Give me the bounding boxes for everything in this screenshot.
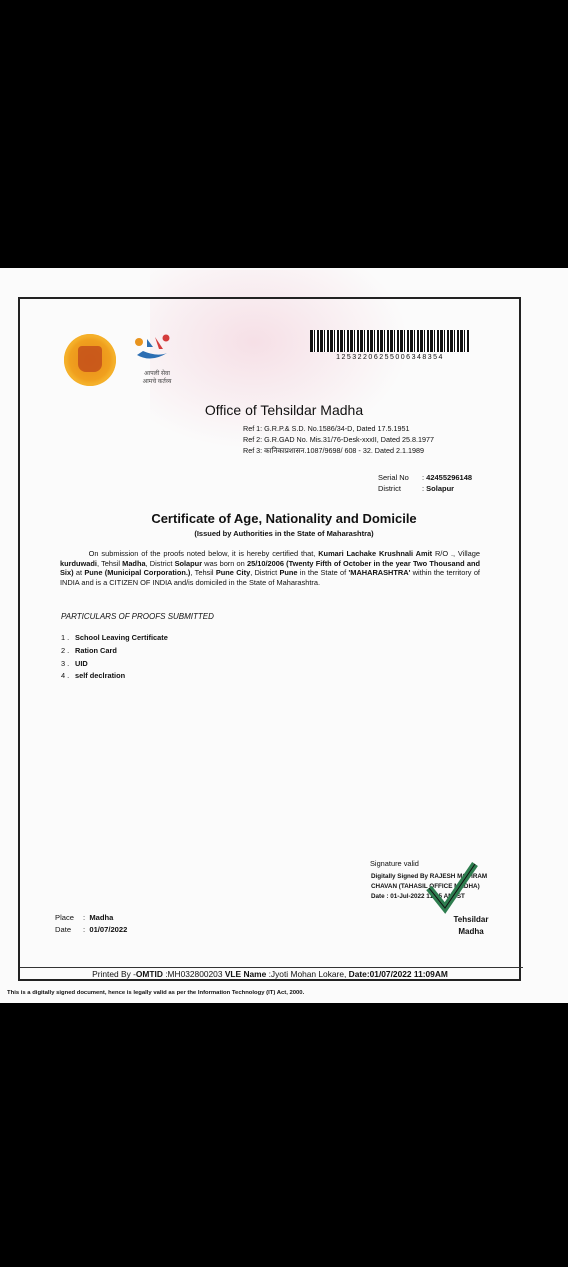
- reference-1: Ref 1: G.R.P.& S.D. No.1586/34-D, Dated …: [243, 423, 434, 434]
- proof-item: 1 .School Leaving Certificate: [61, 632, 168, 645]
- signatory-title: Tehsildar Madha: [446, 914, 496, 938]
- birthplace: Pune (Municipal Corporation.): [84, 568, 190, 577]
- printed-prefix: Printed By -: [92, 969, 136, 979]
- statement-text: , Tehsil: [190, 568, 215, 577]
- district-label: District: [378, 483, 422, 494]
- date-label: Date: [55, 924, 83, 936]
- statement-text: R/O ., Village: [432, 549, 480, 558]
- holder-name: Kumari Lachake Krushnali Amit: [318, 549, 432, 558]
- print-date-value: 01/07/2022 11:09AM: [370, 969, 448, 979]
- particulars-heading: PARTICULARS OF PROOFS SUBMITTED: [61, 612, 214, 621]
- proof-number: 1 .: [61, 632, 75, 645]
- certificate-subtitle: (Issued by Authorities in the State of M…: [0, 529, 568, 538]
- reference-2: Ref 2: G.R.GAD No. Mis.31/76-Desk-xxxII,…: [243, 434, 434, 445]
- statement-text: at: [74, 568, 85, 577]
- footer-divider: [20, 967, 523, 968]
- proof-label: Ration Card: [75, 646, 117, 655]
- vle-value: :Jyoti Mohan Lokare,: [266, 969, 348, 979]
- legal-note: This is a digitally signed document, hen…: [7, 990, 304, 996]
- birth-tehsil: Pune City: [216, 568, 250, 577]
- statement-text: was born on: [202, 559, 247, 568]
- serial-label: Serial No: [378, 472, 422, 483]
- print-date-label: Date:: [349, 969, 370, 979]
- signatory-title-line: Madha: [446, 926, 496, 938]
- proof-item: 2 .Ration Card: [61, 645, 168, 658]
- place-date-block: Place: Madha Date: 01/07/2022: [55, 912, 127, 936]
- village: kurduwadi: [60, 559, 97, 568]
- statement-text: On submission of the proofs noted below,…: [89, 549, 319, 558]
- maharashtra-seal-logo: [64, 334, 116, 386]
- place-label: Place: [55, 912, 83, 924]
- reference-3: Ref 3: कानिकाप्रशासन.1087/9698/ 608 - 32…: [243, 445, 434, 456]
- tehsil: Madha: [122, 559, 145, 568]
- proof-label: UID: [75, 659, 88, 668]
- signatory-title-line: Tehsildar: [446, 914, 496, 926]
- proofs-list: 1 .School Leaving Certificate 2 .Ration …: [61, 632, 168, 683]
- proof-number: 2 .: [61, 645, 75, 658]
- signature-valid-check-icon: [425, 858, 480, 918]
- proof-item: 3 .UID: [61, 658, 168, 671]
- references: Ref 1: G.R.P.& S.D. No.1586/34-D, Dated …: [243, 423, 434, 456]
- proof-label: School Leaving Certificate: [75, 633, 168, 642]
- barcode: [310, 330, 470, 352]
- barcode-number: 12532206255006348354: [310, 354, 470, 361]
- office-title: Office of Tehsildar Madha: [0, 402, 568, 418]
- statement-text: in the State of: [298, 568, 349, 577]
- logo-caption-line: आपली सेवा: [137, 370, 177, 378]
- serial-district-block: Serial No: 42455296148 District: Solapur: [378, 472, 472, 494]
- aaple-sarkar-logo-icon: [133, 333, 183, 363]
- birth-district: Pune: [279, 568, 297, 577]
- statement-text: , District: [146, 559, 175, 568]
- logo-caption-line: आमचे कर्तव्य: [137, 378, 177, 386]
- statement-text: , Tehsil: [97, 559, 122, 568]
- statement-text: , District: [250, 568, 279, 577]
- signature-status: Signature valid: [370, 859, 419, 868]
- seal-emblem-icon: [78, 346, 102, 372]
- omtid-value: :MH032800203: [163, 969, 225, 979]
- date-value: 01/07/2022: [89, 925, 127, 934]
- printed-by-line: Printed By -OMTID :MH032800203 VLE Name …: [20, 969, 520, 979]
- district-value: Solapur: [426, 484, 454, 493]
- proof-label: self declration: [75, 671, 125, 680]
- state: 'MAHARASHTRA': [349, 568, 411, 577]
- serial-value: 42455296148: [426, 473, 472, 482]
- proof-number: 4 .: [61, 670, 75, 683]
- proof-item: 4 .self declration: [61, 670, 168, 683]
- omtid-label: OMTID: [136, 969, 163, 979]
- logo-caption: आपली सेवाआमचे कर्तव्य: [137, 370, 177, 386]
- vle-label: VLE Name: [225, 969, 266, 979]
- certificate-title: Certificate of Age, Nationality and Domi…: [0, 511, 568, 526]
- district: Solapur: [175, 559, 203, 568]
- certification-statement: On submission of the proofs noted below,…: [60, 549, 480, 587]
- proof-number: 3 .: [61, 658, 75, 671]
- place-value: Madha: [89, 913, 113, 922]
